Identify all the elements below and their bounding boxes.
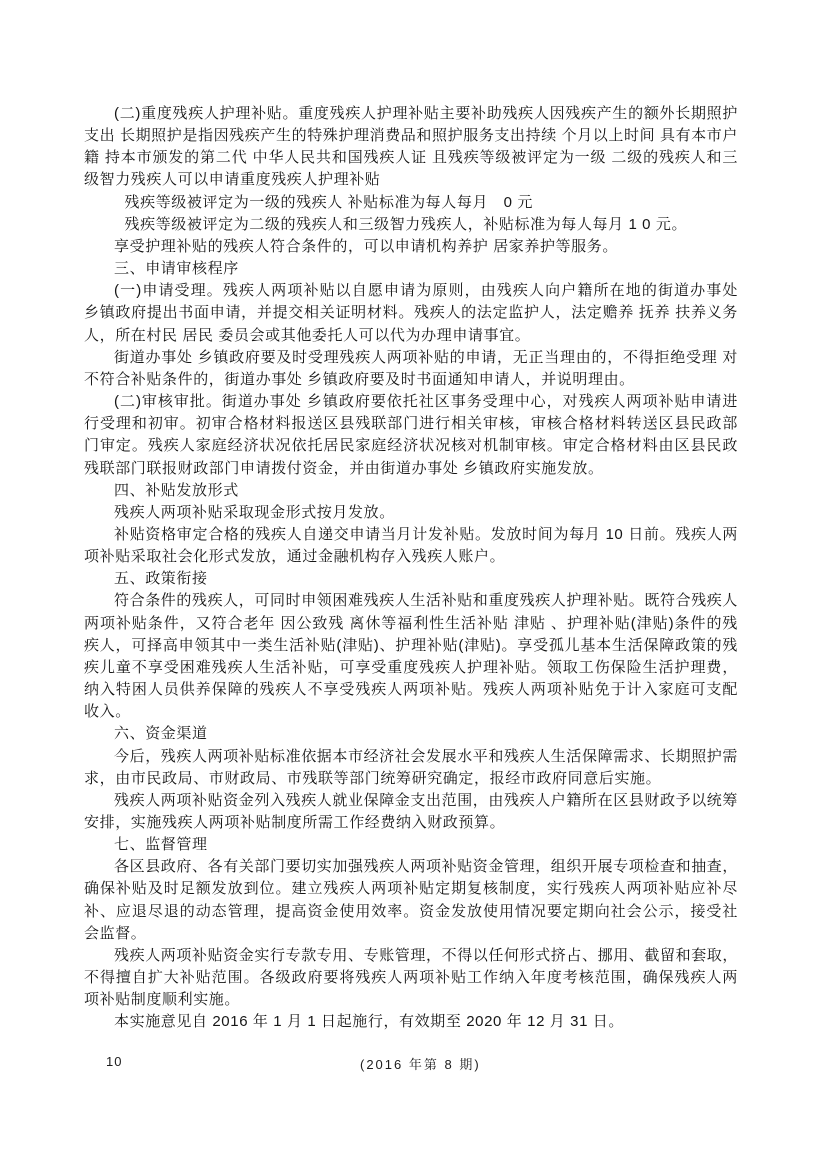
paragraph: 符合条件的残疾人，可同时申领困难残疾人生活补贴和重度残疾人护理补贴。既符合残疾人… (84, 590, 738, 723)
paragraph: 今后，残疾人两项补贴标准依据本市经济社会发展水平和残疾人生活保障需求、长期照护需… (84, 746, 738, 790)
document-body: (二)重度残疾人护理补贴。重度残疾人护理补贴主要补助残疾人因残疾产生的额外长期照… (84, 103, 738, 1034)
section-heading: 六、资金渠道 (84, 723, 738, 745)
section-heading: 五、政策衔接 (84, 568, 738, 590)
paragraph: 残疾等级被评定为二级的残疾人和三级智力残疾人，补贴标准为每人每月 1 0 元。 (84, 214, 738, 236)
issue-label: (2016 年第 8 期) (360, 1054, 481, 1073)
paragraph: 残疾人两项补贴资金实行专款专用、专账管理，不得以任何形式挤占、挪用、截留和套取，… (84, 945, 738, 1011)
paragraph: 残疾等级被评定为一级的残疾人 补贴标准为每人每月 0 元 (84, 192, 738, 214)
page-footer: 10 (2016 年第 8 期) (0, 1054, 827, 1076)
section-heading: 七、监督管理 (84, 834, 738, 856)
paragraph: (二)审核审批。街道办事处 乡镇政府要依托社区事务受理中心，对残疾人两项补贴申请… (84, 391, 738, 480)
section-heading: 三、申请审核程序 (84, 258, 738, 280)
paragraph: (二)重度残疾人护理补贴。重度残疾人护理补贴主要补助残疾人因残疾产生的额外长期照… (84, 103, 738, 192)
document-page: (二)重度残疾人护理补贴。重度残疾人护理补贴主要补助残疾人因残疾产生的额外长期照… (0, 0, 827, 1170)
paragraph: 各区县政府、各有关部门要切实加强残疾人两项补贴资金管理，组织开展专项检查和抽查，… (84, 856, 738, 945)
page-number: 10 (106, 1054, 122, 1069)
paragraph: 残疾人两项补贴资金列入残疾人就业保障金支出范围，由残疾人户籍所在区县财政予以统筹… (84, 790, 738, 834)
paragraph: 补贴资格审定合格的残疾人自递交申请当月计发补贴。发放时间为每月 10 日前。残疾… (84, 524, 738, 568)
paragraph: 残疾人两项补贴采取现金形式按月发放。 (84, 502, 738, 524)
section-heading: 四、补贴发放形式 (84, 480, 738, 502)
paragraph: 本实施意见自 2016 年 1 月 1 日起施行，有效期至 2020 年 12 … (84, 1011, 738, 1033)
paragraph: 街道办事处 乡镇政府要及时受理残疾人两项补贴的申请，无正当理由的，不得拒绝受理 … (84, 347, 738, 391)
paragraph: (一)申请受理。残疾人两项补贴以自愿申请为原则，由残疾人向户籍所在地的街道办事处… (84, 280, 738, 346)
paragraph: 享受护理补贴的残疾人符合条件的，可以申请机构养护 居家养护等服务。 (84, 236, 738, 258)
